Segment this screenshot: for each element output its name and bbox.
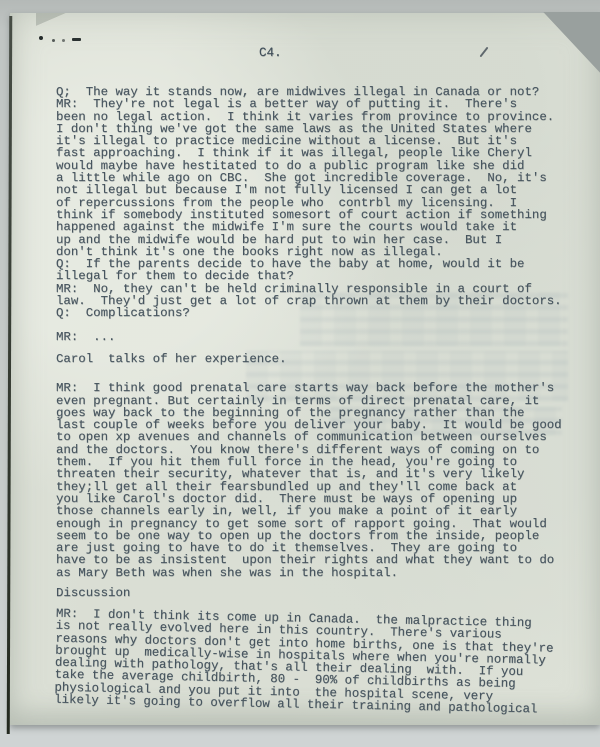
corner-fold [36,13,66,26]
mr-malpractice-block: MR: I don't think its come up in Canada.… [54,608,586,717]
pencil-dash-mark [72,38,81,41]
typewritten-text-column: Q; The way it stands now, are midwives i… [56,86,586,707]
staple-hole-mark [62,39,65,42]
qa-midwives-block: Q; The way it stands now, are midwives i… [56,86,586,320]
clipped-corner [543,12,600,74]
staple-hole-mark [52,39,55,42]
page-number: C4. [259,46,282,60]
staple-hole-mark [39,36,43,40]
mr-ellipsis-line: MR: ... [56,331,586,343]
scanned-document-background: C4. Q; The way it stands now, are midwiv… [0,0,600,747]
discussion-heading: Discussion [56,587,586,599]
carol-experience-line: Carol talks of her experience. [56,353,586,365]
document-page: C4. Q; The way it stands now, are midwiv… [10,13,600,725]
mr-prenatal-block: MR: I think good prenatal care starts wa… [56,382,586,579]
pen-tick-mark [480,47,489,58]
